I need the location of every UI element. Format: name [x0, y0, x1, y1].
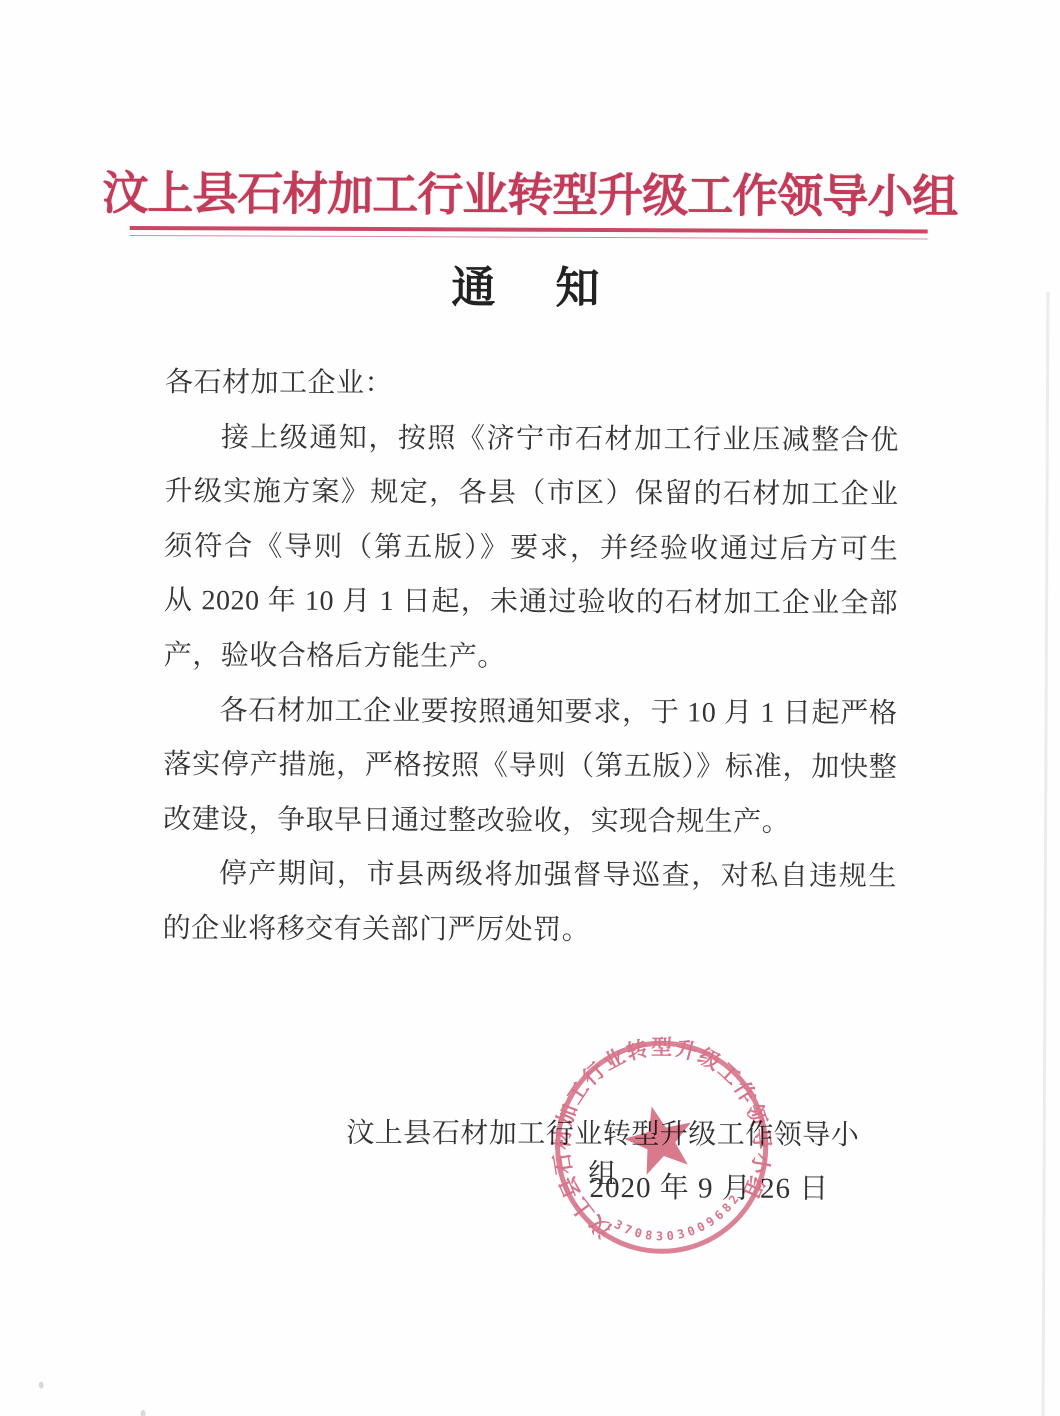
notice-title: 通 知: [0, 249, 1060, 318]
body-line: 各石材加工企业要按照通知要求，于 10 月 1 日起严格: [163, 684, 897, 742]
letterhead-divider: [130, 226, 928, 239]
body-line: 须符合《导则（第五版）》要求，并经验收通过后方可生产。: [164, 520, 898, 578]
body-line: 从 2020 年 10 月 1 日起，未通过验收的石材加工企业全部停: [164, 574, 898, 632]
notice-body: 各石材加工企业： 接上级通知，按照《济宁市石材加工行业压减整合优化 升级实施方案…: [163, 356, 900, 960]
scanned-sheet: 汶上县石材加工行业转型升级工作领导小组 通 知 各石材加工企业： 接上级通知，按…: [0, 0, 1060, 1416]
body-line: 的企业将移交有关部门严厉处罚。: [163, 902, 897, 960]
body-line: 停产期间，市县两级将加强督导巡查，对私自违规生产: [163, 847, 897, 905]
body-line: 落实停产措施，严格按照《导则（第五版）》标准，加快整: [163, 738, 897, 796]
body-line: 接上级通知，按照《济宁市石材加工行业压减整合优化: [165, 411, 899, 469]
scan-speck: [141, 1410, 146, 1416]
body-line-salutation: 各石材加工企业：: [165, 356, 899, 414]
seal-star-icon: [618, 1098, 700, 1177]
document-page: 汶上县石材加工行业转型升级工作领导小组 通 知 各石材加工企业： 接上级通知，按…: [0, 0, 1060, 1416]
official-seal: 汶上县石材加工行业转型升级工作领导小组 3708303009682: [538, 1024, 785, 1271]
letterhead-title: 汶上县石材加工行业转型升级工作领导小组: [0, 156, 1060, 227]
body-line: 产，验收合格后方能生产。: [164, 629, 898, 687]
body-line: 改建设，争取早日通过整改验收，实现合规生产。: [163, 793, 897, 851]
body-line: 升级实施方案》规定，各县（市区）保留的石材加工企业必: [164, 465, 898, 523]
scan-edge-artifact: [1042, 292, 1050, 1416]
scan-speck: [39, 1382, 44, 1389]
